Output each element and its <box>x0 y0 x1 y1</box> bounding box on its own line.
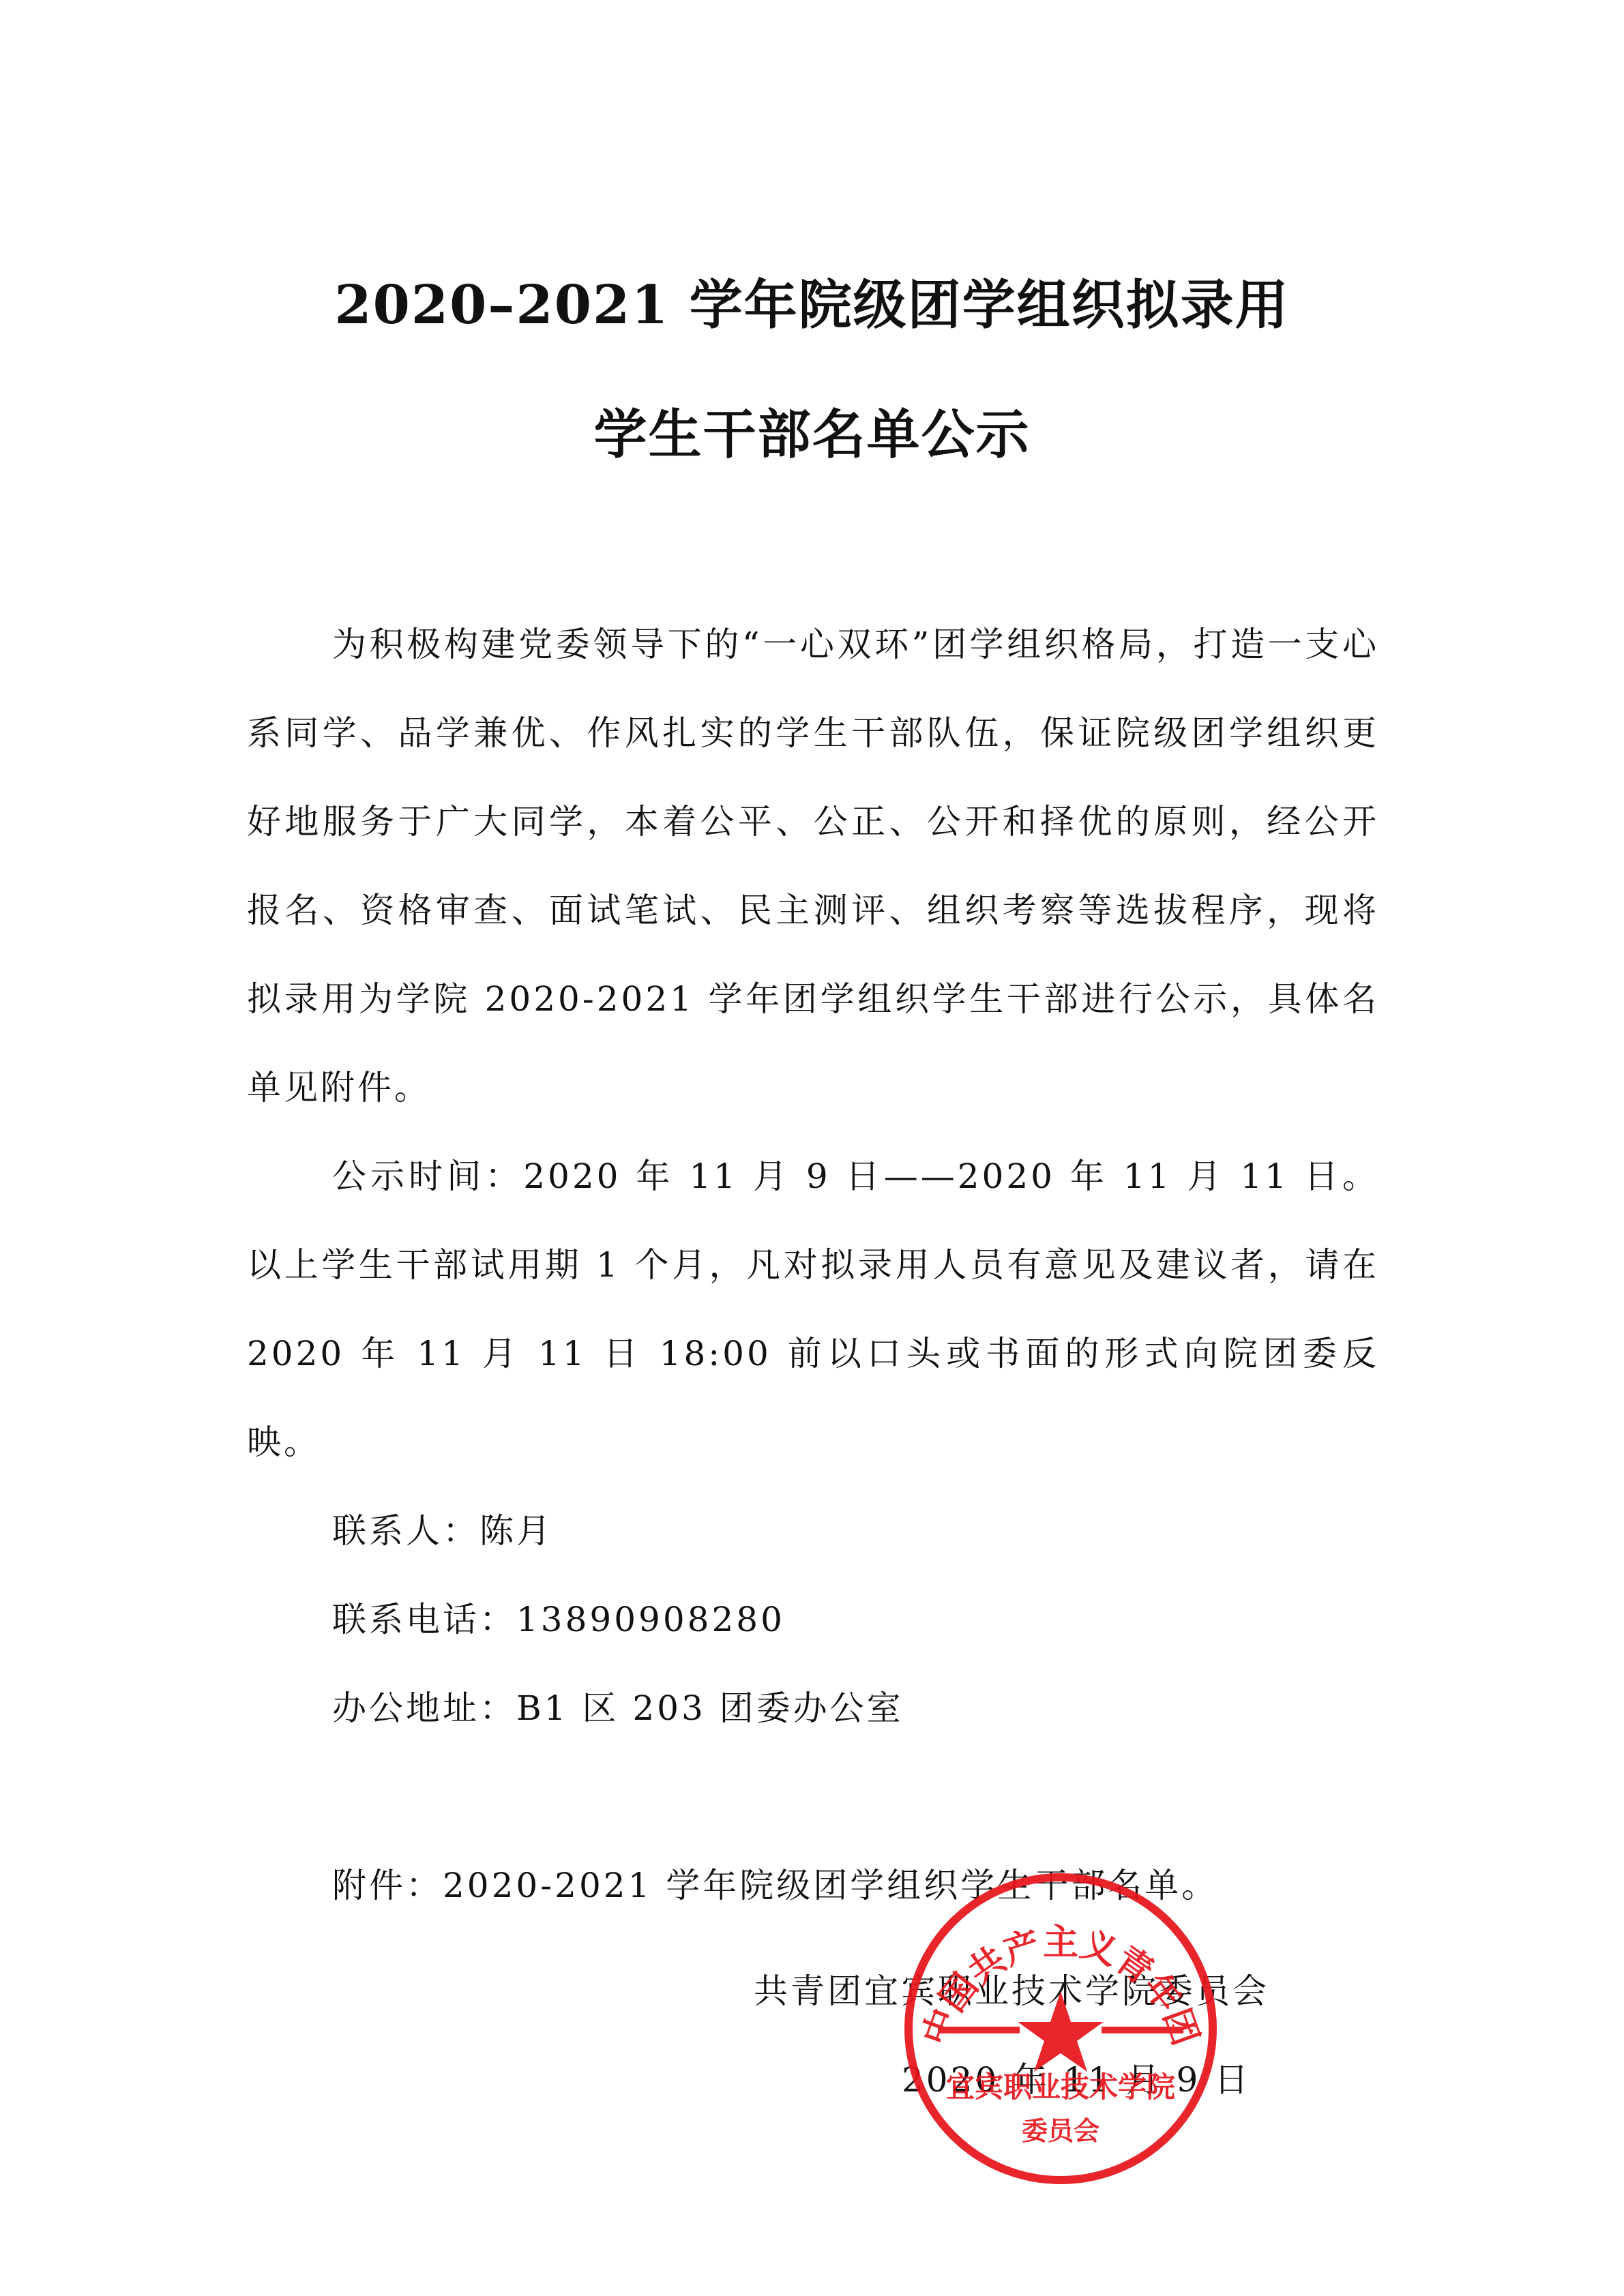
signature-date: 2020 年 11 月 9 日 <box>902 2053 1251 2102</box>
contact-phone: 联系电话：13890908280 <box>247 1575 1379 1664</box>
document-body: 为积极构建党委领导下的“一心双环”团学组织格局，打造一支心系同学、品学兼优、作风… <box>247 600 1379 1930</box>
document-title-line1: 2020–2021 学年院级团学组织拟录用 <box>0 263 1624 339</box>
signature-organization: 共青团宜宾职业技术学院委员会 <box>754 1964 1269 2013</box>
paragraph-notice-period: 公示时间：2020 年 11 月 9 日——2020 年 11 月 11 日。以… <box>247 1132 1379 1487</box>
document-title-line2: 学生干部名单公示 <box>0 392 1624 468</box>
contact-person: 联系人：陈月 <box>247 1487 1379 1575</box>
office-address: 办公地址：B1 区 203 团委办公室 <box>247 1664 1379 1753</box>
paragraph-intro: 为积极构建党委领导下的“一心双环”团学组织格局，打造一支心系同学、品学兼优、作风… <box>247 600 1379 1132</box>
spacer <box>247 1753 1379 1841</box>
attachment-note: 附件：2020-2021 学年院级团学组织学生干部名单。 <box>247 1841 1379 1930</box>
document-page: 2020–2021 学年院级团学组织拟录用 学生干部名单公示 为积极构建党委领导… <box>0 0 1624 2296</box>
seal-center-line2: 委员会 <box>1022 2115 1099 2146</box>
